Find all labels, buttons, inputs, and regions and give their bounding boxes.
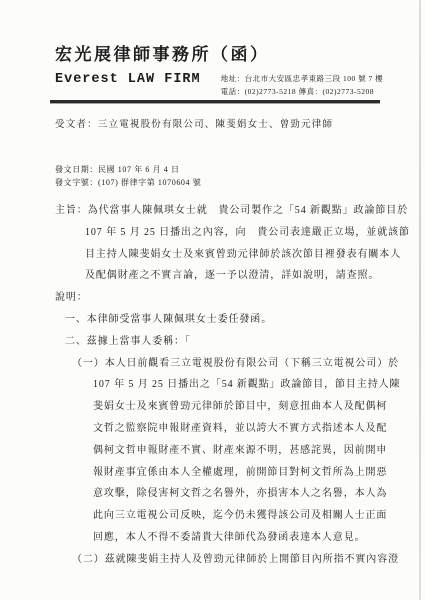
sub-item-1-line: 回應，本人不得不委請貴大律師代為發函表達本人意見。 [55,527,405,549]
explanation-label: 說明： [55,287,405,309]
sub-item-1-line: 此向三立電視公司反映，迄今仍未獲得該公司及相關人士正面 [55,505,405,527]
letterhead-divider [50,100,380,103]
law-firm-name-english: Everest LAW FIRM [55,72,201,87]
scanned-legal-letter-page: 宏光展律師事務所（函） Everest LAW FIRM 地址：台北市大安區忠孝… [0,0,425,600]
sub-item-1-line: 意攻擊，除侵害柯文哲之名譽外，亦損害本人之名譽，本人為 [55,483,405,505]
sub-item-1-line: 偶柯文哲申報財產不實、財產來源不明，甚感詫異，因前開申 [55,440,405,462]
letterhead-row: Everest LAW FIRM 地址：台北市大安區忠孝東路三段 100 號 7… [55,72,405,98]
scan-artifact-line [419,0,421,600]
firm-contact-block: 地址：台北市大安區忠孝東路三段 100 號 7 樓 電話：(02)2773-52… [221,72,384,98]
sub-item-1-line: 107 年 5 月 25 日播出之「54 新觀點」政論節目，節目主持人陳 [55,374,405,396]
recipient-line: 受文者：三立電視股份有限公司、陳斐娟女士、曾勁元律師 [55,116,405,130]
sub-item-1-line: （一）本人日前觀看三立電視股份有限公司（下稱三立電視公司）於 [55,353,405,375]
letter-content: 宏光展律師事務所（函） Everest LAW FIRM 地址：台北市大安區忠孝… [55,40,405,571]
reference-number: 發文字號：(107) 群律字第 1070604 號 [55,176,405,189]
firm-phone-fax: 電話：(02)2773-5218 傳真：(02)2773-5208 [221,85,384,98]
subject-line: 及配偶財產之不實言論，逐一予以澄清，詳如說明，請查照。 [55,265,405,287]
issue-date: 發文日期：民國 107 年 6 月 4 日 [55,163,405,176]
sub-item-1-line: 斐娟女士及來賓曾勁元律師於節目中，刻意扭曲本人及配偶柯 [55,396,405,418]
sub-item-1-line: 文哲之監察院申報財產資料，並以誇大不實方式指述本人及配 [55,418,405,440]
document-meta: 發文日期：民國 107 年 6 月 4 日 發文字號：(107) 群律字第 10… [55,163,405,189]
sub-item-2-line: （二）茲就陳斐娟主持人及曾勁元律師於上開節目內所指不實內容澄 [55,549,405,571]
subject-line: 目主持人陳斐娟女士及來賓曾勁元律師於該次節目裡發表有關本人 [55,244,405,266]
explanation-item-2: 二、茲據上當事人委稱：「 [55,331,405,353]
subject-line: 主旨：為代當事人陳佩琪女士就 貴公司製作之「54 新觀點」政論節目於 [55,200,405,222]
law-firm-name-chinese: 宏光展律師事務所（函） [55,40,405,65]
sub-item-1-line: 報財產事宜係由本人全權處理，前開節目對柯文哲所為上開惡 [55,462,405,484]
letter-body: 主旨：為代當事人陳佩琪女士就 貴公司製作之「54 新觀點」政論節目於 107 年… [55,200,405,571]
subject-line: 107 年 5 月 25 日播出之內容，向 貴公司表達嚴正立場，並就該節 [55,222,405,244]
firm-address: 地址：台北市大安區忠孝東路三段 100 號 7 樓 [221,72,384,85]
explanation-item-1: 一、本律師受當事人陳佩琪女士委任發函。 [55,309,405,331]
